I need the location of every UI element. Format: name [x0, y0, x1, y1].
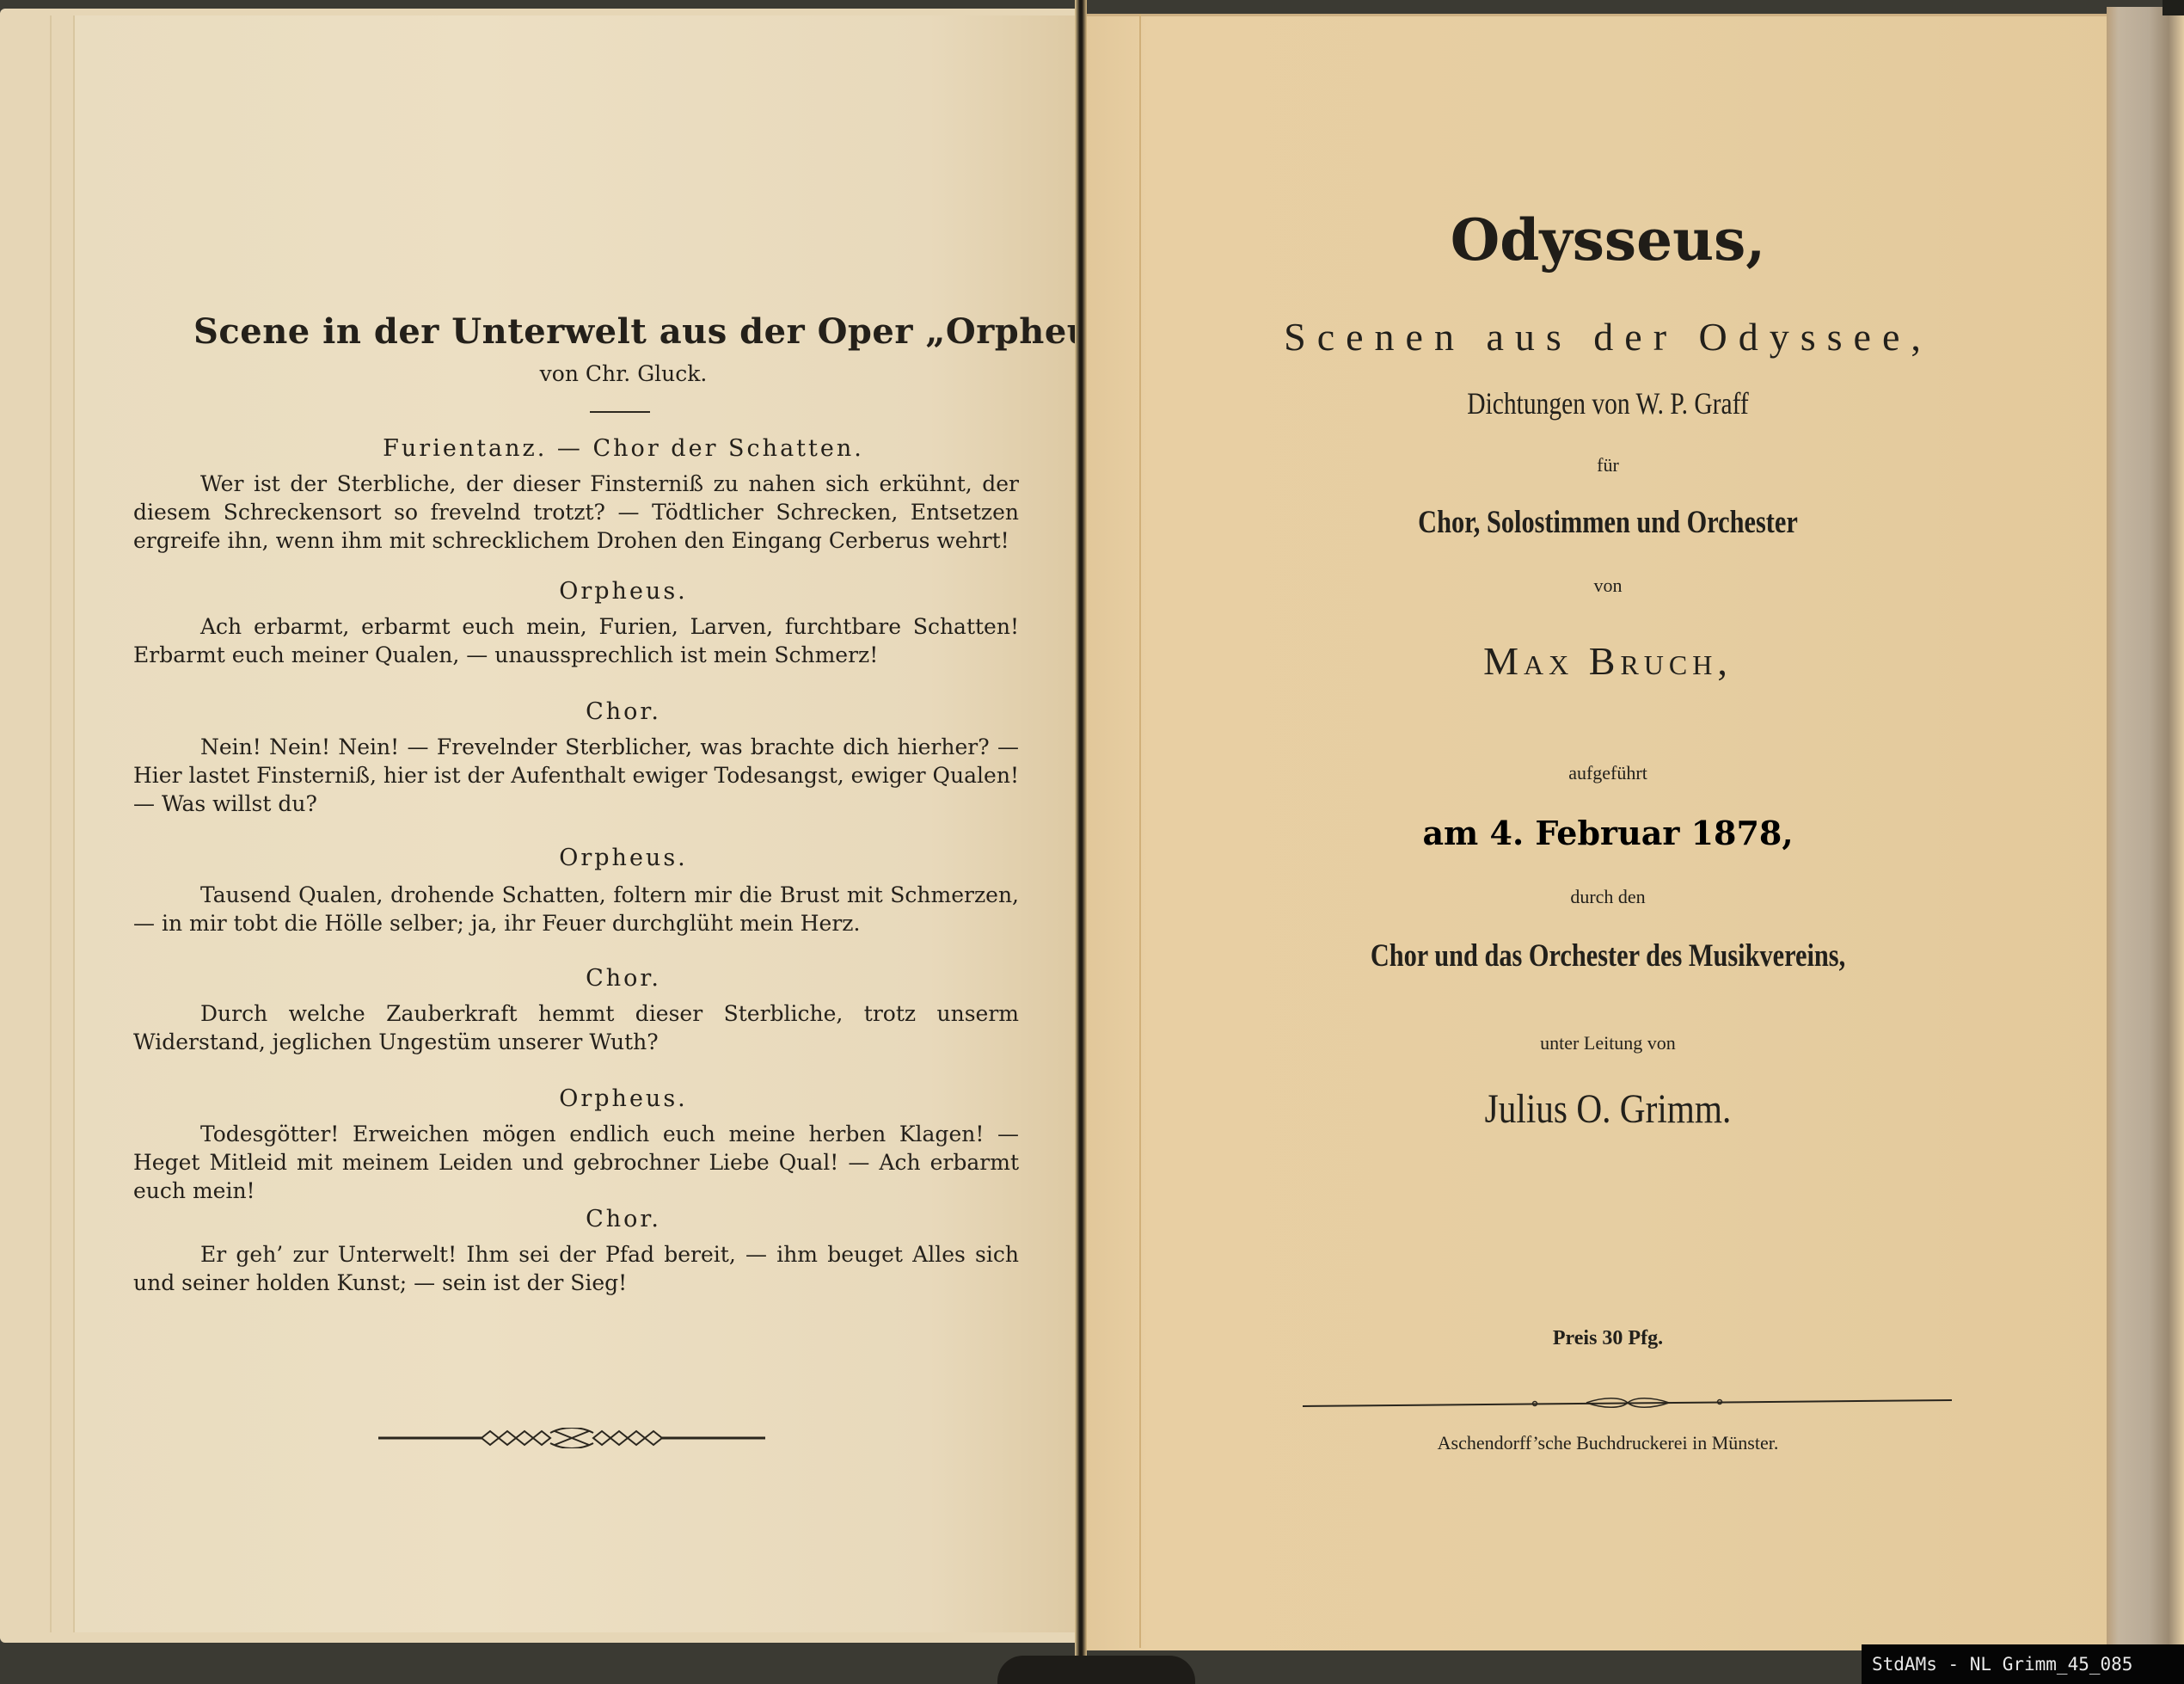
book-spine-gutter	[1075, 0, 1087, 1684]
decorative-rule-bow	[1303, 1395, 1952, 1412]
section-heading: Furientanz. — Chor der Schatten.	[193, 435, 1053, 462]
through-label: durch den	[1135, 886, 2081, 908]
conductor-name: Julius O. Grimm.	[1201, 1085, 2015, 1133]
for-label: für	[1135, 454, 2081, 476]
section-heading: Orpheus.	[193, 578, 1053, 605]
section-text: Wer ist der Sterbliche, der dieser Finst…	[133, 470, 1019, 555]
poet-credit: Dichtungen von W. P. Graff	[1220, 385, 1996, 421]
section-heading: Orpheus.	[193, 1085, 1053, 1112]
section-text: Nein! Nein! Nein! — Frevelnder Sterblich…	[133, 733, 1019, 818]
section-heading: Chor.	[193, 1206, 1053, 1232]
book-spine-cloth	[997, 1656, 1195, 1684]
page-fold-line	[50, 15, 52, 1632]
title-divider-rule	[590, 411, 650, 413]
left-page-title: Scene in der Unterwelt aus der Oper „Orp…	[193, 311, 1053, 352]
printer-imprint: Aschendorff’sche Buchdruckerei in Münste…	[1135, 1432, 2081, 1454]
instrumentation: Chor, Solostimmen und Orchester	[1220, 504, 1996, 541]
work-title: Odysseus,	[1135, 206, 2081, 273]
left-page-subtitle: von Chr. Gluck.	[193, 361, 1053, 386]
composer-name: Max Bruch,	[1135, 638, 2081, 684]
section-text: Tausend Qualen, drohende Schatten, folte…	[133, 881, 1019, 937]
cover-corner	[2163, 0, 2184, 15]
ensemble-name: Chor und das Orchester des Musikvereins,	[1220, 937, 1996, 974]
right-page-stack-edge	[2107, 7, 2184, 1667]
section-text: Ach erbarmt, erbarmt euch mein, Furien, …	[133, 612, 1019, 669]
decorative-rule-ornament	[378, 1428, 765, 1448]
by-label: von	[1135, 575, 2081, 597]
section-heading: Orpheus.	[193, 845, 1053, 871]
work-subtitle: Scenen aus der Odyssee,	[1135, 314, 2081, 360]
section-text: Er geh’ zur Unterwelt! Ihm sei der Pfad …	[133, 1240, 1019, 1297]
archive-caption-label: StdAMs - NL Grimm_45_085	[1862, 1644, 2184, 1684]
left-page	[73, 15, 1081, 1632]
section-text: Todesgötter! Erweichen mögen endlich euc…	[133, 1120, 1019, 1205]
section-heading: Chor.	[193, 698, 1053, 725]
direction-label: unter Leitung von	[1135, 1032, 2081, 1054]
price-label: Preis 30 Pfg.	[1135, 1327, 2081, 1350]
section-text: Durch welche Zauberkraft hemmt dieser St…	[133, 999, 1019, 1056]
section-heading: Chor.	[193, 965, 1053, 992]
performed-label: aufgeführt	[1135, 762, 2081, 784]
performance-date: am 4. Februar 1878,	[1135, 814, 2081, 852]
